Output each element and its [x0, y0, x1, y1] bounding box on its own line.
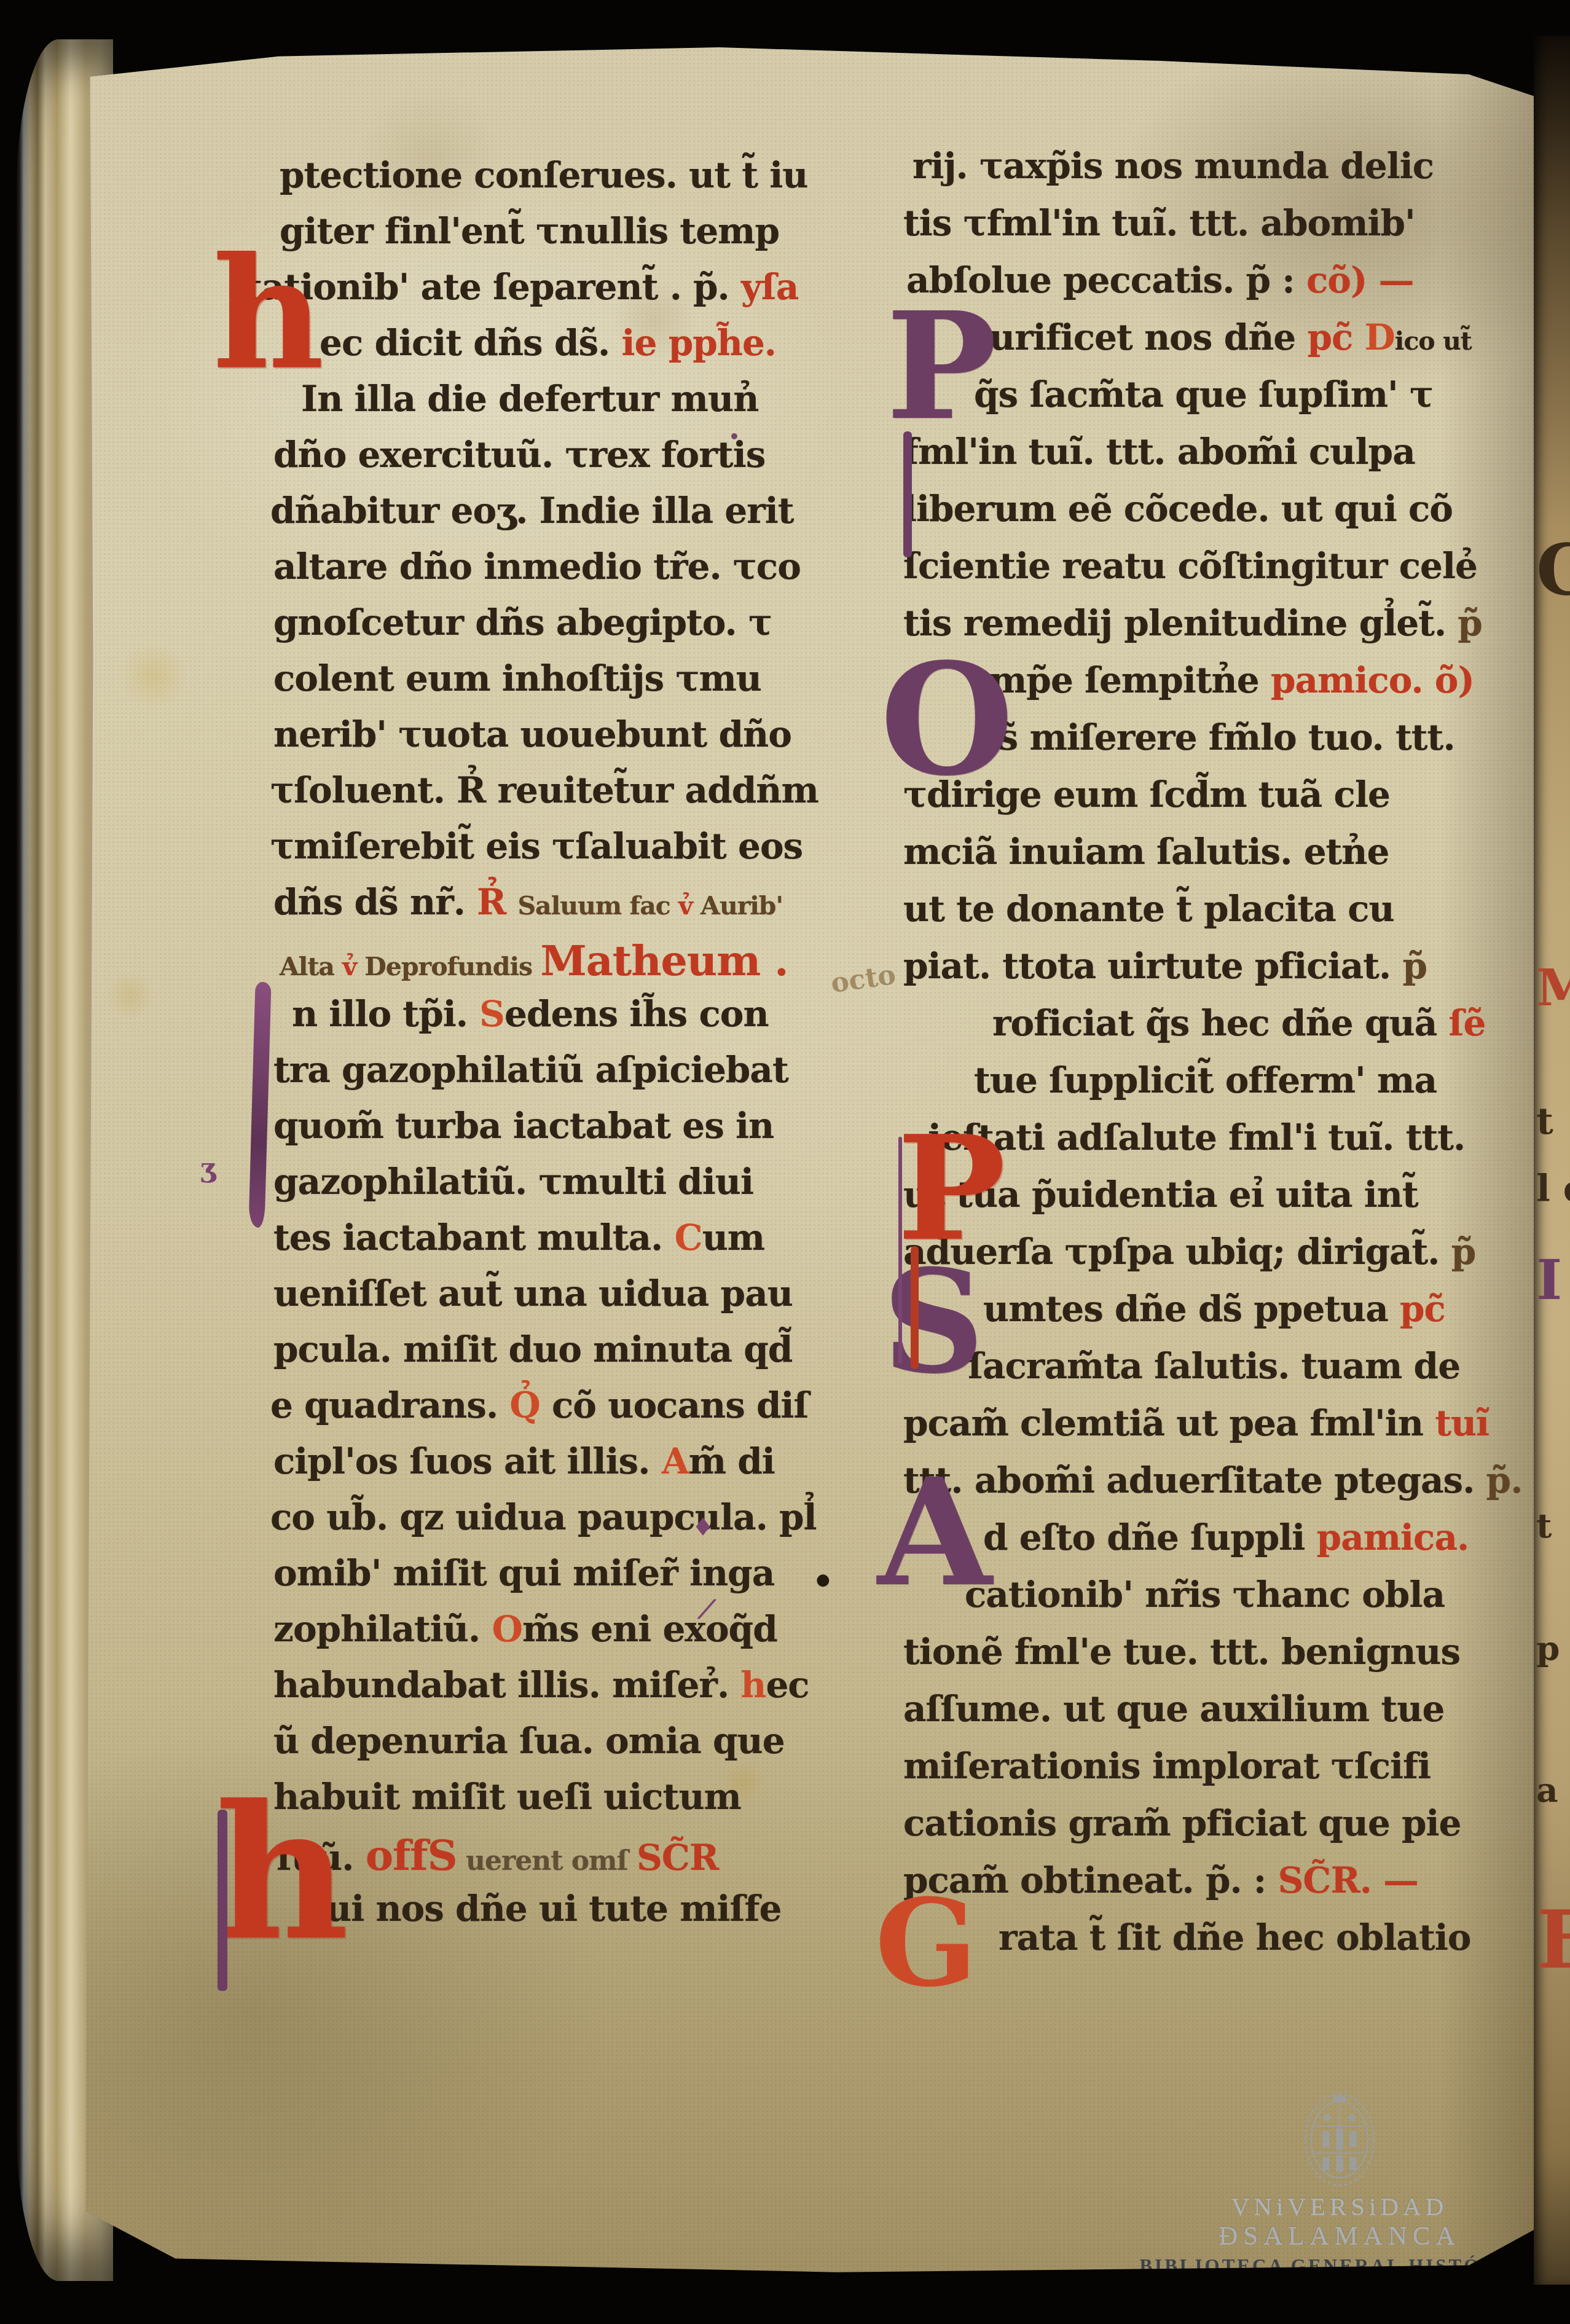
parchment-stain [120, 642, 187, 710]
text-segment: altare dño inmedio tr̃e. τco [273, 546, 801, 587]
text-segment: cationib' nr̃is τhanc obla [965, 1574, 1445, 1615]
text-segment: Q̉ [509, 1384, 540, 1426]
illuminated-initial: P [886, 306, 997, 427]
illuminated-initial: S [882, 1265, 984, 1381]
text-line: cationib' nr̃is τhanc obla [965, 1577, 1445, 1612]
text-segment: zophilatiũ. [273, 1608, 492, 1650]
margin-mark: ● [816, 1571, 830, 1589]
text-line: tionẽ fml'e tue. ttt. benignus [903, 1634, 1460, 1670]
illuminated-initial: A [877, 1472, 992, 1593]
text-segment: pamico. õ) [1271, 659, 1474, 701]
text-line: τſoluent. R̉ reuitet̃ur addñm [270, 772, 818, 808]
text-line: tis τfml'in tuĩ. ttt. abomib' [903, 205, 1415, 241]
text-segment: ieſtati adſalute fml'i tuĩ. ttt. [928, 1117, 1465, 1158]
text-segment: m̃ di [689, 1440, 775, 1482]
text-line: gnoſcetur dñs abegipto. τ [273, 605, 772, 640]
text-segment: Alta [280, 952, 342, 981]
text-line: ec dicit dñs ds̃. ie pph̃e. [320, 325, 776, 361]
text-segment: C [674, 1217, 702, 1258]
text-segment: n illo tp̃i. [292, 993, 479, 1035]
text-line: q̃s ſacm̃ta que ſupſim' τ [974, 377, 1433, 412]
facing-page-text-fragment: a [1536, 1770, 1558, 1810]
text-segment: co ub̃. qz uidua paupcula. pl̉ [270, 1496, 817, 1538]
text-segment: rata t̃ ſit dñe hec oblatio [999, 1917, 1470, 1958]
text-segment: SC̃R. — [1278, 1859, 1418, 1901]
text-segment: R̉ [477, 881, 517, 923]
text-line: omib' miſit qui miſer̃ inga [273, 1555, 774, 1591]
text-segment: A [662, 1440, 689, 1482]
text-line: ui nos dñe ui tute miſfe [326, 1891, 781, 1926]
stamp-library-name: BIBLIOTECA GENERAL HISTÓRICA [1125, 2255, 1555, 2277]
initial-flourish-bar [218, 1810, 227, 1991]
text-segment: pc̃ [1307, 316, 1364, 358]
text-segment: In illa die defertur mun̉ [301, 378, 758, 420]
text-segment: p̃ [1402, 945, 1427, 987]
text-segment: ut te donante t̃ placita cu [903, 888, 1394, 930]
text-segment: tis τfml'in tuĩ. ttt. abomib' [903, 202, 1415, 244]
text-segment: ui nos dñe ui tute miſfe [326, 1888, 781, 1929]
text-segment: dñabitur eoʒ. Indie illa erit [270, 490, 794, 532]
text-segment: gnoſcetur dñs abegipto. τ [273, 602, 772, 643]
text-line: d eſto dñe ſuppli pamica. [983, 1520, 1469, 1555]
text-segment: gazophilatiũ. τmulti diui [273, 1161, 753, 1203]
text-line: tue ſupplicit̃ offerm' ma [974, 1062, 1437, 1098]
text-segment: v̉ [678, 891, 701, 921]
text-line: liberum eẽ cõcede. ut qui cõ [903, 491, 1453, 527]
text-segment: pamica. [1317, 1517, 1469, 1558]
margin-mark: ʒ [200, 1153, 216, 1184]
text-segment: ſẽ [1448, 1002, 1485, 1044]
text-line: dñs ds̃ nr̃. R̉ Saluum fac v̉ Aurib' [273, 884, 783, 920]
facing-page-text-fragment: F [1536, 1893, 1570, 1987]
text-segment: Matheum . [540, 936, 788, 986]
text-line: ueniſſet aut̃ una uidua pau [273, 1276, 793, 1311]
text-segment: h [740, 1664, 766, 1706]
text-line: ut te donante t̃ placita cu [903, 891, 1394, 927]
text-line: colent eum inhoſtijs τmu [273, 661, 761, 696]
text-segment: ec dicit dñs ds̃. [320, 322, 622, 364]
text-segment: quom̃ turba iactabat es in [273, 1105, 774, 1147]
parchment-stain [106, 971, 155, 1020]
library-stamp: VNiVERSiDAD ĐSALAMANCA BIBLIOTECA GENERA… [1125, 2055, 1555, 2288]
text-line: quom̃ turba iactabat es in [273, 1108, 774, 1144]
manuscript-page: ptectione conſerues. ut t̃ iugiter finl'… [73, 27, 1542, 2283]
text-line: dñabitur eoʒ. Indie illa erit [270, 493, 794, 528]
text-line: ttt. abom̃i aduerſitate ptegas. p̃. [903, 1462, 1522, 1498]
text-segment: p̃ [1451, 1231, 1476, 1273]
text-line: piat. ttota uirtute pficiat. p̃ [903, 948, 1427, 984]
text-line: cipl'os ſuos ait illis. Am̃ di [273, 1443, 775, 1479]
text-segment: tra gazophilatiũ aſpiciebat [273, 1049, 788, 1091]
text-segment: colent eum inhoſtijs τmu [273, 658, 761, 699]
initial-flourish-bar [911, 1246, 919, 1369]
text-line: co ub̃. qz uidua paupcula. pl̉ [270, 1499, 817, 1535]
text-segment: τſoluent. R̉ reuitet̃ur addñm [270, 769, 818, 811]
text-segment: ie pph̃e. [622, 322, 777, 364]
text-segment: ũ depenuria ſua. omia que [273, 1720, 785, 1762]
text-line: e quadrans. Q̉ cõ uocans diſ [270, 1388, 809, 1423]
text-line: altare dño inmedio tr̃e. τco [273, 549, 801, 584]
text-line: Alta v̉ Deprofundis Matheum . [280, 940, 788, 982]
text-line: tra gazophilatiũ aſpiciebat [273, 1052, 788, 1088]
text-line: ds̃ miſerere fm̃lo tuo. ttt. [974, 720, 1455, 755]
text-segment: v̉ [342, 952, 364, 981]
text-segment: τmiſerebit̃ eis τſaluabit eos [270, 825, 803, 867]
text-segment: O [492, 1608, 522, 1650]
text-segment: pcam̃ clemtiã ut pea fml'in [903, 1402, 1435, 1444]
text-line: giter finl'ent̃ τnullis temp [280, 213, 779, 249]
text-segment: cõ uocans diſ [540, 1384, 809, 1426]
text-segment: mp̃e ſempitn̉e [989, 659, 1271, 701]
illuminated-initial: O [880, 656, 1014, 782]
text-line: τmiſerebit̃ eis τſaluabit eos [270, 828, 803, 864]
text-segment: ſcientie reatu cõſtingitur celẻ [903, 545, 1477, 587]
text-segment: giter finl'ent̃ τnullis temp [280, 210, 779, 252]
text-line: nerib' τuota uouebunt dño [273, 716, 791, 752]
text-segment: edens ih̃s con [504, 993, 769, 1035]
text-segment: S [479, 993, 504, 1035]
text-segment: D [1365, 316, 1395, 358]
text-line: cationis gram̃ pficiat que pie [903, 1805, 1461, 1841]
text-segment: urificet nos dñe [989, 316, 1307, 358]
text-line: umtes dñe ds̃ ppetua pc̃ [983, 1291, 1445, 1327]
illuminated-initial: P [897, 1129, 1006, 1248]
text-line: mciã inuiam ſalutis. etn̉e [903, 834, 1389, 870]
text-segment: Deprofundis [364, 952, 540, 981]
text-line: habundabat illis. miſer̉. hec [273, 1667, 809, 1703]
initial-flourish-bar [898, 1137, 902, 1364]
text-segment: ueniſſet aut̃ una uidua pau [273, 1273, 793, 1314]
text-segment: ico ut̃ [1395, 326, 1472, 356]
text-line: pcam̃ obtineat. p̃. : SC̃R. — [903, 1863, 1418, 1898]
text-line: ſacram̃ta ſalutis. tuam de [968, 1348, 1460, 1384]
text-line: aſſume. ut que auxilium tue [903, 1691, 1444, 1727]
margin-mark: ♦ [692, 1513, 714, 1542]
text-segment: umtes dñe ds̃ ppetua [983, 1288, 1400, 1330]
text-line: miſerationis implorat τſcifi [903, 1748, 1431, 1784]
text-line: roficiat q̃s hec dñe quã ſẽ [992, 1005, 1485, 1041]
facing-page-text-fragment: I [1536, 1247, 1562, 1313]
text-segment: aſſume. ut que auxilium tue [903, 1688, 1444, 1730]
text-segment: ſacram̃ta ſalutis. tuam de [968, 1345, 1460, 1387]
text-line: n illo tp̃i. Sedens ih̃s con [292, 996, 769, 1032]
text-segment: offS [366, 1831, 457, 1880]
text-segment: m̃s eni exoq̃d [522, 1608, 777, 1650]
facing-page-sliver: CMtl cItpaF [1534, 36, 1570, 2285]
text-segment: q̃s ſacm̃ta que ſupſim' τ [974, 374, 1433, 415]
text-segment: uerent omſ [457, 1845, 637, 1877]
facing-page-text-fragment: t [1536, 1100, 1553, 1143]
initial-flourish-bar [903, 431, 912, 557]
text-segment: SC̃R [637, 1837, 718, 1878]
text-segment: piat. ttota uirtute pficiat. [903, 945, 1402, 987]
text-segment: cationis gram̃ pficiat que pie [903, 1802, 1461, 1844]
margin-mark: • [729, 426, 740, 447]
illuminated-initial: h [213, 251, 324, 377]
text-segment: d eſto dñe ſuppli [983, 1517, 1317, 1558]
text-line: In illa die defertur mun̉ [301, 381, 758, 417]
facing-page-text-fragment: l c [1536, 1168, 1570, 1211]
text-segment: habundabat illis. miſer̉. [273, 1664, 740, 1706]
text-segment: omib' miſit qui miſer̃ inga [273, 1552, 774, 1594]
text-segment: pcula. miſit duo minuta qd̃ [273, 1329, 792, 1370]
text-line: ieſtati adſalute fml'i tuĩ. ttt. [928, 1120, 1465, 1155]
illuminated-initial: h [215, 1797, 349, 1949]
text-line: dño exercituũ. τrex fortis [273, 437, 765, 473]
text-segment: nerib' τuota uouebunt dño [273, 713, 791, 755]
text-segment: ds̃ miſerere fm̃lo tuo. ttt. [974, 716, 1455, 758]
text-line: rij. τaxp̃is nos munda delic [913, 148, 1434, 184]
text-segment: roficiat q̃s hec dñe quã [992, 1002, 1448, 1044]
text-segment: tionẽ fml'e tue. ttt. benignus [903, 1631, 1460, 1673]
text-line: urificet nos dñe pc̃ Dico ut̃ [989, 320, 1472, 355]
text-segment: cõ) — [1306, 259, 1414, 301]
text-segment: dño exercituũ. τrex fortis [273, 434, 765, 476]
facing-page-text-fragment: p [1536, 1628, 1560, 1668]
text-segment: tue ſupplicit̃ offerm' ma [974, 1059, 1437, 1101]
text-segment: ptectione conſerues. ut t̃ iu [280, 154, 807, 196]
text-line: zophilatiũ. Om̃s eni exoq̃d [273, 1611, 777, 1647]
facing-page-text-fragment: M [1536, 959, 1570, 1018]
text-segment: cipl'os ſuos ait illis. [273, 1440, 662, 1482]
text-line: mp̃e ſempitn̉e pamico. õ) [989, 662, 1474, 698]
text-segment: rij. τaxp̃is nos munda delic [913, 145, 1434, 187]
text-line: ptectione conſerues. ut t̃ iu [280, 157, 807, 193]
text-segment: um [702, 1217, 765, 1258]
text-segment: yſa [741, 266, 798, 308]
text-segment: ec [766, 1664, 809, 1706]
text-segment: p̃. [1486, 1459, 1523, 1501]
university-seal-icon [1301, 2090, 1378, 2189]
text-segment: liberum eẽ cõcede. ut qui cõ [903, 488, 1453, 530]
text-segment: miſerationis implorat τſcifi [903, 1745, 1431, 1787]
text-segment: p̃ [1458, 602, 1482, 644]
text-line: ſcientie reatu cõſtingitur celẻ [903, 548, 1477, 584]
text-segment: Aurib' [701, 891, 783, 921]
text-segment: Saluum fac [518, 891, 678, 921]
facing-page-text-fragment: C [1536, 528, 1570, 611]
text-segment: tuĩ [1435, 1402, 1489, 1444]
text-line: tes iactabant multa. Cum [273, 1220, 764, 1255]
stamp-university-name-2: ĐSALAMANCA [1125, 2221, 1555, 2251]
text-line: tationib' ate ſeparent̃ . p̃. yſa [246, 269, 798, 305]
facing-page-text-fragment: t [1536, 1505, 1552, 1545]
text-segment: dñs ds̃ nr̃. [273, 881, 477, 923]
text-segment: tes iactabant multa. [273, 1217, 674, 1258]
text-line: ũ depenuria ſua. omia que [273, 1723, 785, 1759]
stamp-university-name: VNiVERSiDAD [1125, 2191, 1555, 2221]
text-line: gazophilatiũ. τmulti diui [273, 1164, 753, 1199]
text-segment: pc̃ [1400, 1288, 1445, 1330]
manuscript-photo: ptectione conſerues. ut t̃ iugiter finl'… [0, 0, 1570, 2324]
illuminated-initial: G [875, 1894, 978, 1992]
text-segment: mciã inuiam ſalutis. etn̉e [903, 831, 1389, 873]
text-line: rata t̃ ſit dñe hec oblatio [999, 1920, 1470, 1955]
text-line: pcam̃ clemtiã ut pea fml'in tuĩ [903, 1405, 1489, 1441]
text-segment: e quadrans. [270, 1384, 509, 1426]
text-line: pcula. miſit duo minuta qd̃ [273, 1332, 792, 1367]
